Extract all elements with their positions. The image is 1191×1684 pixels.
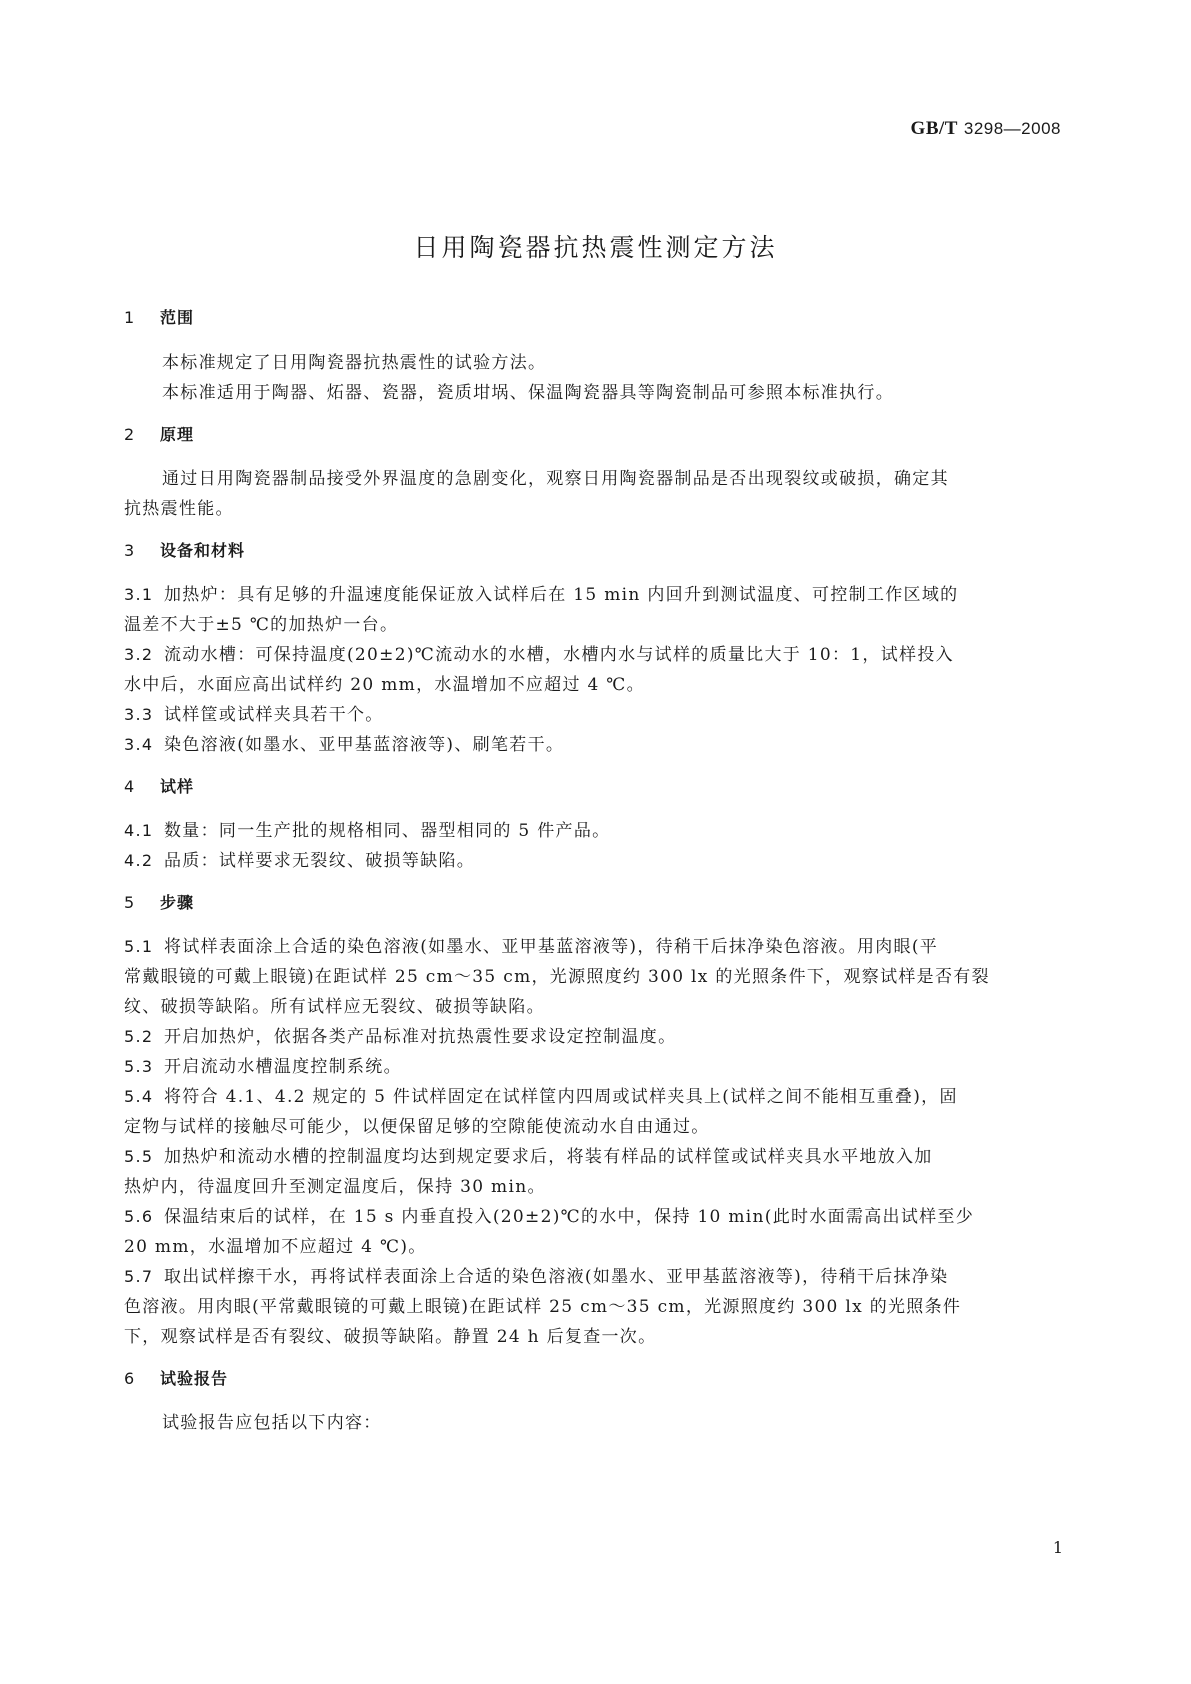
section-title: 原理 (160, 425, 194, 444)
clause-5-2: 5.2开启加热炉，依据各类产品标准对抗热震性要求设定控制温度。 (124, 1022, 676, 1047)
clause-line: 温差不大于±5 ℃的加热炉一台。 (124, 610, 398, 635)
clause-text: 流动水槽：可保持温度(20±2)℃流动水的水槽，水槽内水与试样的质量比大于 10… (164, 645, 954, 665)
section-heading-principle: 2原理 (124, 422, 194, 445)
section-heading-test-report: 6试验报告 (124, 1366, 228, 1389)
section-heading-scope: 1范围 (124, 305, 194, 328)
clause-5-5: 5.5加热炉和流动水槽的控制温度均达到规定要求后，将装有样品的试样筐或试样夹具水… (124, 1142, 933, 1167)
section-title: 步骤 (160, 893, 194, 912)
clause-line: 常戴眼镜的可戴上眼镜)在距试样 25 cm～35 cm，光源照度约 300 lx… (124, 962, 990, 987)
section-heading-specimens: 4试样 (124, 774, 194, 797)
clause-number: 4.1 (124, 821, 164, 840)
clause-4-1: 4.1数量：同一生产批的规格相同、器型相同的 5 件产品。 (124, 816, 610, 841)
clause-line: 水中后，水面应高出试样约 20 mm，水温增加不应超过 4 ℃。 (124, 670, 645, 695)
paragraph: 试验报告应包括以下内容： (162, 1408, 382, 1433)
clause-line: 热炉内，待温度回升至测定温度后，保持 30 min。 (124, 1172, 546, 1197)
clause-text: 开启加热炉，依据各类产品标准对抗热震性要求设定控制温度。 (164, 1027, 676, 1047)
clause-text: 保温结束后的试样，在 15 s 内垂直投入(20±2)℃的水中，保持 10 mi… (164, 1207, 974, 1227)
clause-text: 染色溶液(如墨水、亚甲基蓝溶液等)、刷笔若干。 (164, 735, 564, 755)
clause-text: 加热炉：具有足够的升温速度能保证放入试样后在 15 min 内回升到测试温度、可… (164, 585, 958, 605)
section-title: 试样 (160, 777, 194, 796)
clause-text: 品质：试样要求无裂纹、破损等缺陷。 (164, 851, 475, 871)
clause-3-1: 3.1加热炉：具有足够的升温速度能保证放入试样后在 15 min 内回升到测试温… (124, 580, 958, 605)
section-title: 设备和材料 (160, 541, 245, 560)
clause-line: 20 mm，水温增加不应超过 4 ℃)。 (124, 1232, 427, 1257)
clause-number: 5.7 (124, 1267, 164, 1286)
clause-text: 试样筐或试样夹具若干个。 (164, 705, 384, 725)
clause-5-3: 5.3开启流动水槽温度控制系统。 (124, 1052, 402, 1077)
clause-line: 定物与试样的接触尽可能少，以便保留足够的空隙能使流动水自由通过。 (124, 1112, 710, 1137)
clause-number: 5.2 (124, 1027, 164, 1046)
section-title: 试验报告 (160, 1369, 228, 1388)
clause-number: 4.2 (124, 851, 164, 870)
section-heading-procedure: 5步骤 (124, 890, 194, 913)
paragraph: 本标准规定了日用陶瓷器抗热震性的试验方法。 (162, 348, 546, 373)
section-title: 范围 (160, 308, 194, 327)
clause-number: 5.4 (124, 1087, 164, 1106)
clause-text: 数量：同一生产批的规格相同、器型相同的 5 件产品。 (164, 821, 610, 841)
clause-5-7: 5.7取出试样擦干水，再将试样表面涂上合适的染色溶液(如墨水、亚甲基蓝溶液等)，… (124, 1262, 948, 1287)
clause-5-4: 5.4将符合 4.1、4.2 规定的 5 件试样固定在试样筐内四周或试样夹具上(… (124, 1082, 958, 1107)
section-number: 2 (124, 425, 160, 444)
paragraph: 本标准适用于陶器、炻器、瓷器，瓷质坩埚、保温陶瓷器具等陶瓷制品可参照本标准执行。 (162, 378, 894, 403)
clause-4-2: 4.2品质：试样要求无裂纹、破损等缺陷。 (124, 846, 475, 871)
clause-text: 开启流动水槽温度控制系统。 (164, 1057, 402, 1077)
standard-number: 3298—2008 (964, 119, 1061, 138)
section-number: 6 (124, 1369, 160, 1388)
clause-3-4: 3.4染色溶液(如墨水、亚甲基蓝溶液等)、刷笔若干。 (124, 730, 564, 755)
clause-number: 5.1 (124, 937, 164, 956)
clause-text: 加热炉和流动水槽的控制温度均达到规定要求后，将装有样品的试样筐或试样夹具水平地放… (164, 1147, 933, 1167)
clause-3-3: 3.3试样筐或试样夹具若干个。 (124, 700, 384, 725)
clause-5-6: 5.6保温结束后的试样，在 15 s 内垂直投入(20±2)℃的水中，保持 10… (124, 1202, 974, 1227)
standard-code: GB/T 3298—2008 (911, 118, 1061, 140)
clause-number: 3.3 (124, 705, 164, 724)
section-number: 5 (124, 893, 160, 912)
clause-text: 将试样表面涂上合适的染色溶液(如墨水、亚甲基蓝溶液等)，待稍干后抹净染色溶液。用… (164, 937, 938, 957)
document-title: 日用陶瓷器抗热震性测定方法 (0, 228, 1191, 264)
paragraph-line: 通过日用陶瓷器制品接受外界温度的急剧变化，观察日用陶瓷器制品是否出现裂纹或破损，… (162, 464, 949, 489)
clause-3-2: 3.2流动水槽：可保持温度(20±2)℃流动水的水槽，水槽内水与试样的质量比大于… (124, 640, 954, 665)
section-number: 1 (124, 308, 160, 327)
clause-text: 取出试样擦干水，再将试样表面涂上合适的染色溶液(如墨水、亚甲基蓝溶液等)，待稍干… (164, 1267, 948, 1287)
clause-number: 3.2 (124, 645, 164, 664)
standard-prefix: GB/T (911, 118, 958, 139)
clause-line: 下，观察试样是否有裂纹、破损等缺陷。静置 24 h 后复查一次。 (124, 1322, 656, 1347)
clause-line: 纹、破损等缺陷。所有试样应无裂纹、破损等缺陷。 (124, 992, 545, 1017)
clause-number: 5.5 (124, 1147, 164, 1166)
clause-number: 3.1 (124, 585, 164, 604)
clause-number: 3.4 (124, 735, 164, 754)
section-heading-equipment: 3设备和材料 (124, 538, 245, 561)
paragraph-line: 抗热震性能。 (124, 494, 234, 519)
section-number: 3 (124, 541, 160, 560)
section-number: 4 (124, 777, 160, 796)
clause-5-1: 5.1将试样表面涂上合适的染色溶液(如墨水、亚甲基蓝溶液等)，待稍干后抹净染色溶… (124, 932, 938, 957)
clause-text: 将符合 4.1、4.2 规定的 5 件试样固定在试样筐内四周或试样夹具上(试样之… (164, 1087, 958, 1107)
clause-number: 5.6 (124, 1207, 164, 1226)
clause-line: 色溶液。用肉眼(平常戴眼镜的可戴上眼镜)在距试样 25 cm～35 cm，光源照… (124, 1292, 961, 1317)
clause-number: 5.3 (124, 1057, 164, 1076)
page-number: 1 (1053, 1538, 1063, 1557)
